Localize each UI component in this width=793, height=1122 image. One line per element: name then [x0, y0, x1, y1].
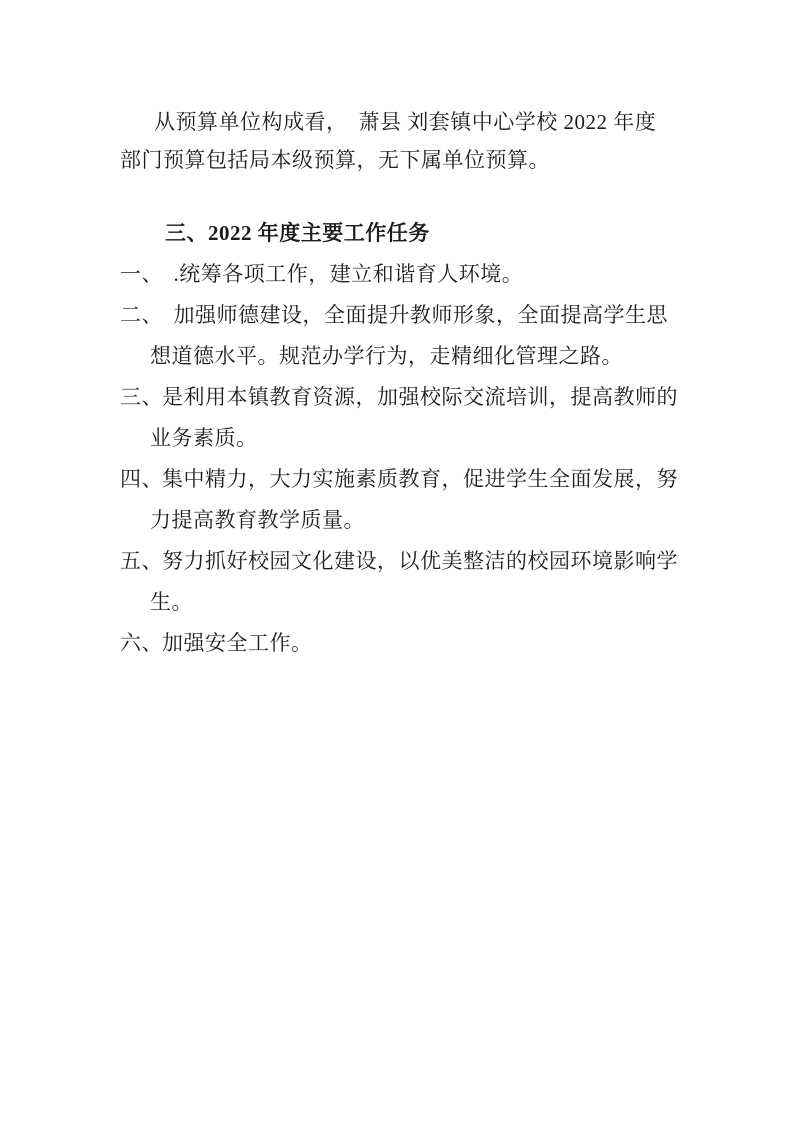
list-text: 努力抓好校园文化建设，以优美整洁的校园环境影响学 生。	[150, 541, 683, 623]
list-item: 三、 是利用本镇教育资源，加强校际交流培训，提高教师的 业务素质。	[120, 377, 683, 459]
list-text: 加强师德建设，全面提升教师形象，全面提高学生思 想道德水平。规范办学行为，走精细…	[150, 295, 683, 377]
list-text: 是利用本镇教育资源，加强校际交流培训，提高教师的 业务素质。	[150, 377, 683, 459]
list-marker: 六、	[120, 623, 163, 664]
section-heading: 三、2022 年度主要工作任务	[120, 213, 683, 254]
list-marker: 五、	[120, 541, 163, 582]
list-item: 六、 加强安全工作。	[120, 623, 683, 664]
list-marker: 一、	[120, 254, 163, 295]
budget-intro-paragraph: 从预算单位构成看， 萧县 刘套镇中心学校 2022 年度 部门预算包括局本级预算…	[120, 103, 683, 179]
list-item: 二、 加强师德建设，全面提升教师形象，全面提高学生思 想道德水平。规范办学行为，…	[120, 295, 683, 377]
list-item: 四、 集中精力，大力实施素质教育，促进学生全面发展，努 力提高教育教学质量。	[120, 459, 683, 541]
list-text: .统筹各项工作，建立和谐育人环境。	[150, 254, 683, 295]
list-text: 加强安全工作。	[150, 623, 683, 664]
list-marker: 三、	[120, 377, 163, 418]
document-page: 从预算单位构成看， 萧县 刘套镇中心学校 2022 年度 部门预算包括局本级预算…	[0, 0, 793, 1122]
list-item: 一、 .统筹各项工作，建立和谐育人环境。	[120, 254, 683, 295]
list-marker: 二、	[120, 295, 163, 336]
list-marker: 四、	[120, 459, 163, 500]
list-item: 五、 努力抓好校园文化建设，以优美整洁的校园环境影响学 生。	[120, 541, 683, 623]
list-text: 集中精力，大力实施素质教育，促进学生全面发展，努 力提高教育教学质量。	[150, 459, 683, 541]
task-list: 一、 .统筹各项工作，建立和谐育人环境。 二、 加强师德建设，全面提升教师形象，…	[120, 254, 683, 664]
